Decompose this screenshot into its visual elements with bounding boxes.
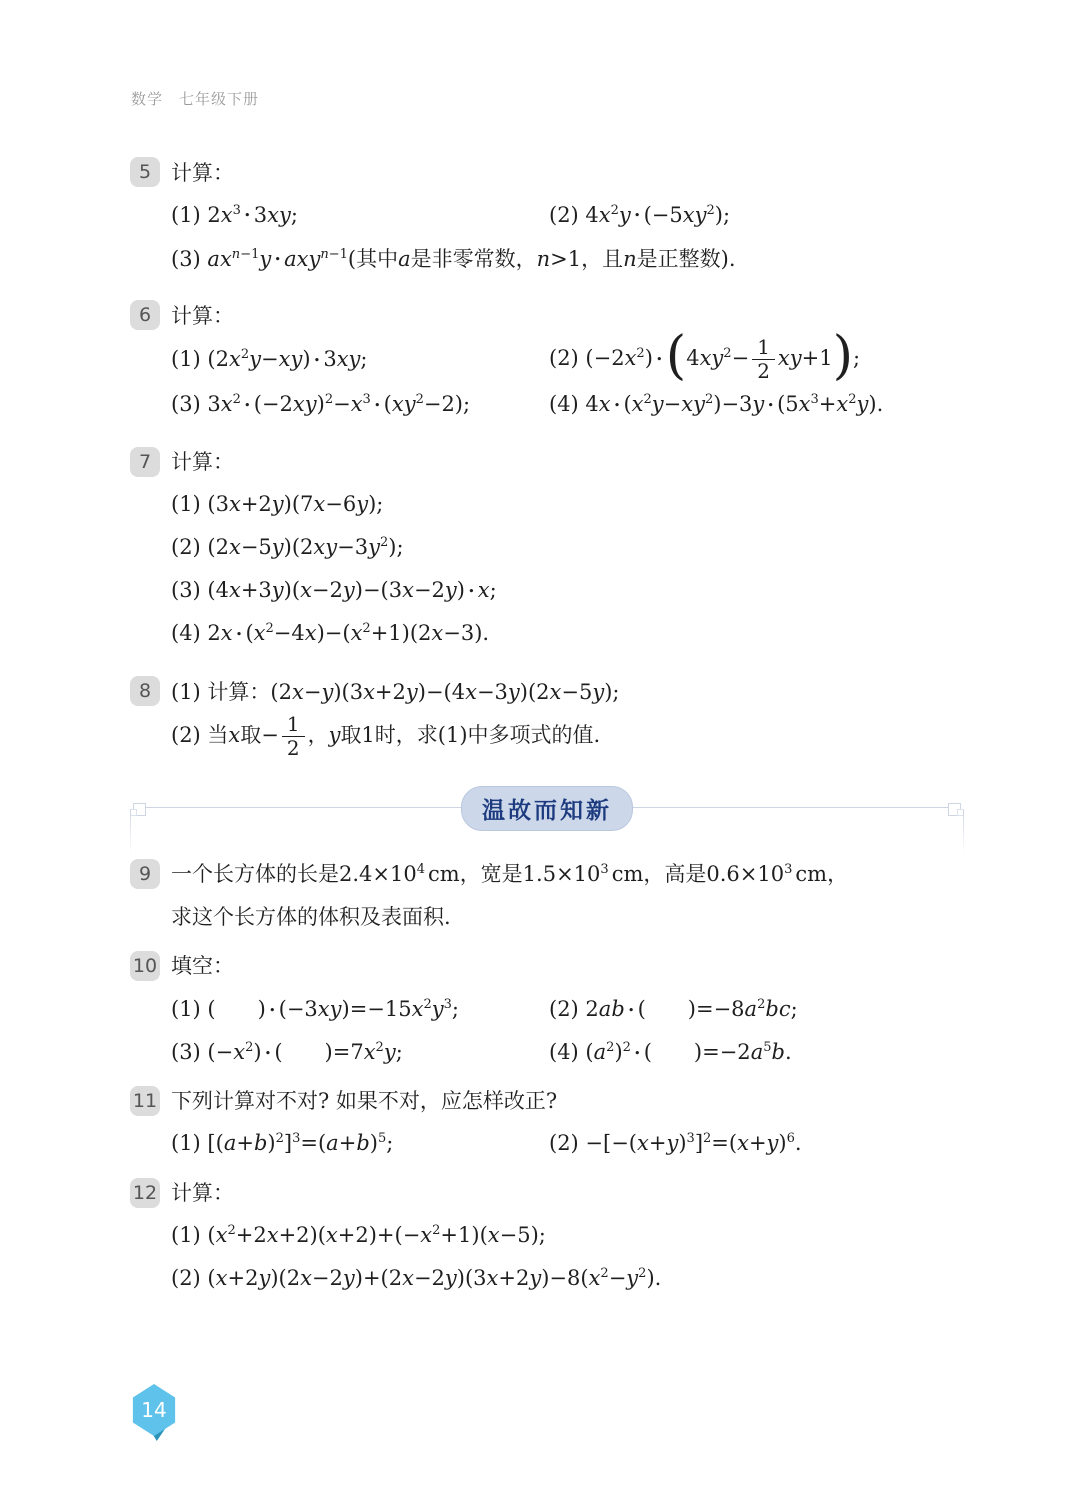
problem-9-number-badge: 9 <box>130 859 160 889</box>
divider-ornament-right <box>948 803 961 816</box>
problem-10-heading: 填空： <box>171 944 964 987</box>
problem-10-item-3: (3) (−x2)•( )=7x2y; <box>171 1036 549 1066</box>
problem-9-text-line-2: 求这个长方体的体积及表面积. <box>171 901 451 931</box>
problem-6-item-4: (4) 4x•(x2y−xy2)−3y•(5x3+x2y). <box>549 392 964 416</box>
problem-7-item-4: (4) 2x•(x2−4x)−(x2+1)(2x−3). <box>171 621 489 645</box>
problem-10-item-1: (1) ( )•(−3xy)=−15x2y3; <box>171 993 549 1023</box>
problem-6: 6 计算： (1) (2x2y−xy)•3xy; (2) (−2x2)•(4xy… <box>130 293 964 426</box>
problem-11-number-badge: 11 <box>130 1086 160 1116</box>
problem-7-item-2: (2) (2x−5y)(2xy−3y2); <box>171 535 404 559</box>
problem-11-item-2: (2) −[−(x+y)3]2=(x+y)6. <box>549 1131 964 1155</box>
problem-11-item-1: (1) [(a+b)2]3=(a+b)5; <box>171 1131 549 1155</box>
page-header: 数学 七年级下册 <box>131 88 259 109</box>
problem-11-heading: 下列计算对不对? 如果不对，应怎样改正? <box>171 1079 964 1122</box>
review-section-divider: 温故而知新 <box>130 786 964 836</box>
problem-10-item-2: (2) 2ab•( )=−8a2bc; <box>549 993 964 1023</box>
divider-ornament-left <box>133 803 146 816</box>
problem-6-number-badge: 6 <box>130 300 160 330</box>
exercise-content: 5 计算： (1) 2x3•3xy; (2) 4x2y•(−5xy2); (3)… <box>130 150 964 1314</box>
problem-11: 11 下列计算对不对? 如果不对，应怎样改正? (1) [(a+b)2]3=(a… <box>130 1079 964 1165</box>
problem-12-heading: 计算： <box>171 1171 964 1214</box>
problem-5-item-3: (3) axn−1y•axyn−1(其中a是非零常数，n>1，且n是正整数). <box>171 243 736 273</box>
problem-7-item-3: (3) (4x+3y)(x−2y)−(3x−2y)•x; <box>171 578 497 602</box>
problem-5-item-1: (1) 2x3•3xy; <box>171 203 549 227</box>
problem-6-item-2: (2) (−2x2)•(4xy2−12xy+1); <box>549 336 964 383</box>
problem-5-heading: 计算： <box>171 150 964 193</box>
problem-6-item-3: (3) 3x2•(−2xy)2−x3•(xy2−2); <box>171 392 549 416</box>
problem-6-item-1: (1) (2x2y−xy)•3xy; <box>171 347 549 371</box>
problem-12: 12 计算： (1) (x2+2x+2)(x+2)+(−x2+1)(x−5); … <box>130 1171 964 1300</box>
problem-10-number-badge: 10 <box>130 951 160 981</box>
problem-5-number-badge: 5 <box>130 157 160 187</box>
problem-12-item-1: (1) (x2+2x+2)(x+2)+(−x2+1)(x−5); <box>171 1223 546 1247</box>
problem-7-number-badge: 7 <box>130 447 160 477</box>
problem-8-item-1: (1) 计算：(2x−y)(3x+2y)−(4x−3y)(2x−5y); <box>171 676 620 706</box>
problem-9: 9 一个长方体的长是2.4×104cm，宽是1.5×103cm，高是0.6×10… <box>130 852 964 938</box>
problem-8-item-2: (2) 当x取−12，y取1时，求(1)中多项式的值. <box>171 713 600 760</box>
problem-12-number-badge: 12 <box>130 1178 160 1208</box>
problem-7-heading: 计算： <box>171 440 964 483</box>
problem-5-item-2: (2) 4x2y•(−5xy2); <box>549 203 964 227</box>
problem-7: 7 计算： (1) (3x+2y)(7x−6y); (2) (2x−5y)(2x… <box>130 440 964 655</box>
problem-7-item-1: (1) (3x+2y)(7x−6y); <box>171 492 383 516</box>
problem-9-text-line-1: 一个长方体的长是2.4×104cm，宽是1.5×103cm，高是0.6×103c… <box>171 858 848 888</box>
review-badge: 温故而知新 <box>461 786 633 831</box>
problem-5: 5 计算： (1) 2x3•3xy; (2) 4x2y•(−5xy2); (3)… <box>130 150 964 279</box>
page-number: 14 <box>130 1384 178 1436</box>
problem-10: 10 填空： (1) ( )•(−3xy)=−15x2y3; (2) 2ab•(… <box>130 944 964 1073</box>
problem-10-item-4: (4) (a2)2•( )=−2a5b. <box>549 1036 964 1066</box>
page-number-tag: 14 <box>130 1384 178 1440</box>
problem-8: 8 (1) 计算：(2x−y)(3x+2y)−(4x−3y)(2x−5y); (… <box>130 669 964 760</box>
problem-12-item-2: (2) (x+2y)(2x−2y)+(2x−2y)(3x+2y)−8(x2−y2… <box>171 1266 661 1290</box>
problem-8-number-badge: 8 <box>130 676 160 706</box>
